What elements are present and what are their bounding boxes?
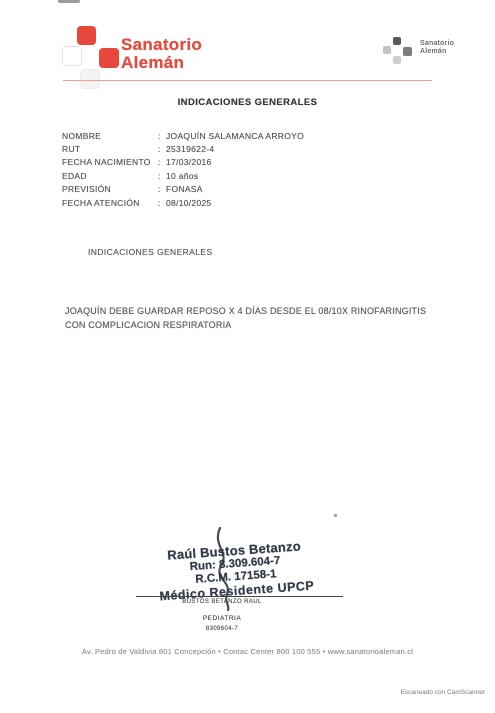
field-value: 17/03/2016	[166, 157, 212, 167]
field-separator: :	[158, 144, 166, 154]
sanatorio-aleman-logo-icon	[60, 24, 118, 88]
logo-square-icon	[99, 48, 119, 68]
mini-logo-wordmark: Sanatorio Alemán	[420, 40, 454, 56]
field-row-edad: EDAD : 10 años	[62, 169, 392, 182]
section-heading: INDICACIONES GENERALES	[88, 247, 213, 257]
field-value: 25319622-4	[166, 144, 214, 154]
field-value: JOAQUÍN SALAMANCA ARROYO	[166, 131, 304, 141]
field-row-rut: RUT : 25319622-4	[62, 142, 392, 155]
field-separator: :	[158, 198, 166, 208]
logo-square-icon	[77, 26, 96, 45]
printed-specialty: PEDIATRIA	[147, 615, 297, 622]
scanned-document-page: Sanatorio Alemán Sanatorio Alemán INDICA…	[0, 0, 495, 713]
field-separator: :	[158, 131, 166, 141]
field-label: PREVISIÓN	[62, 184, 158, 194]
patient-fields: NOMBRE : JOAQUÍN SALAMANCA ARROYO RUT : …	[62, 129, 392, 209]
camscanner-watermark: Escaneado con CamScanner	[400, 689, 485, 696]
field-row-prevision: PREVISIÓN : FONASA	[62, 183, 392, 196]
logo-square-icon	[62, 46, 82, 66]
scan-artifact-speck	[334, 514, 337, 517]
field-label: FECHA NACIMIENTO	[62, 157, 158, 167]
field-label: NOMBRE	[62, 131, 158, 141]
document-title: INDICACIONES GENERALES	[0, 97, 495, 108]
footer-contact-info: Av. Pedro de Valdivia 801 Concepción • C…	[0, 647, 495, 656]
signature-line	[136, 596, 343, 597]
field-label: RUT	[62, 144, 158, 154]
header-divider	[63, 80, 432, 81]
field-separator: :	[158, 184, 166, 194]
sanatorio-aleman-mini-logo-icon: Sanatorio Alemán	[380, 36, 480, 66]
logo-wordmark: Sanatorio Alemán	[121, 36, 202, 72]
indication-line1: JOAQUÍN DEBE GUARDAR REPOSO X 4 DÍAS DES…	[65, 304, 450, 318]
mini-logo-wordmark-line1: Sanatorio	[420, 40, 454, 48]
logo-wordmark-line1: Sanatorio	[121, 36, 202, 54]
scan-artifact-smudge	[58, 0, 80, 3]
logo-square-icon	[80, 69, 100, 89]
field-row-fecha-atencion: FECHA ATENCIÓN : 08/10/2025	[62, 196, 392, 209]
field-value: FONASA	[166, 184, 203, 194]
logo-wordmark-line2: Alemán	[121, 54, 202, 72]
mini-logo-square-icon	[403, 47, 412, 56]
indication-text: JOAQUÍN DEBE GUARDAR REPOSO X 4 DÍAS DES…	[65, 304, 450, 332]
field-label: EDAD	[62, 171, 158, 181]
field-value: 10 años	[166, 171, 198, 181]
field-separator: :	[158, 157, 166, 167]
mini-logo-square-icon	[383, 46, 391, 54]
printed-physician-name: BUSTOS BETANZO RAUL	[147, 599, 297, 605]
field-label: FECHA ATENCIÓN	[62, 198, 158, 208]
field-value: 08/10/2025	[166, 198, 212, 208]
field-row-nombre: NOMBRE : JOAQUÍN SALAMANCA ARROYO	[62, 129, 392, 142]
field-separator: :	[158, 171, 166, 181]
indication-line2: CON COMPLICACION RESPIRATORIA	[65, 318, 450, 332]
printed-run: 8309604-7	[147, 626, 297, 632]
field-row-fecha-nacimiento: FECHA NACIMIENTO : 17/03/2016	[62, 156, 392, 169]
mini-logo-square-icon	[393, 56, 401, 64]
mini-logo-square-icon	[393, 37, 401, 45]
mini-logo-wordmark-line2: Alemán	[420, 48, 454, 56]
